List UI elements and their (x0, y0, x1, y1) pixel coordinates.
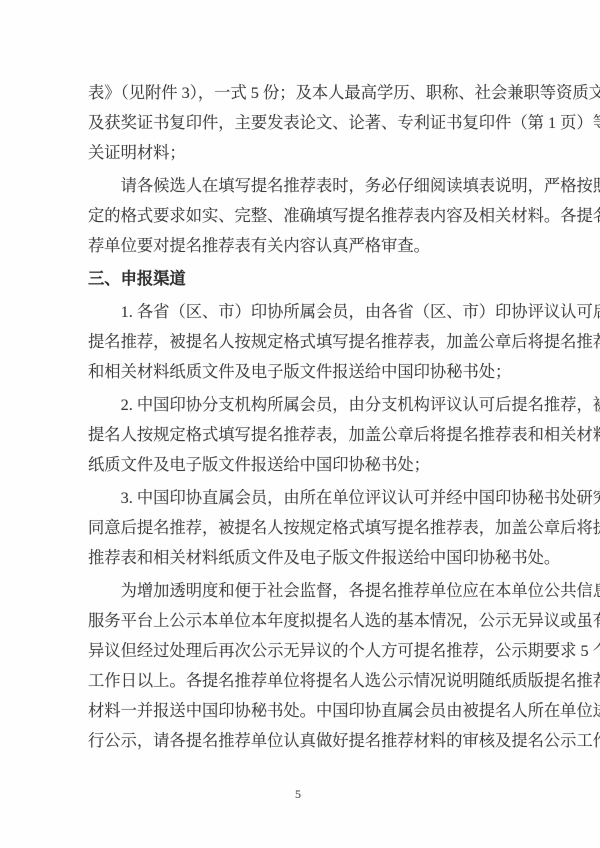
text-line: 1. 各省（区、市）印协所属会员，由各省（区、市）印协评议认可后 (88, 297, 516, 327)
text-line: 定的格式要求如实、完整、准确填写提名推荐表内容及相关材料。各提名推 (88, 201, 516, 231)
text-line: 材料一并报送中国印协秘书处。中国印协直属会员由被提名人所在单位进 (88, 696, 516, 726)
text-line: 推荐表和相关材料纸质文件及电子版文件报送给中国印协秘书处。 (88, 543, 516, 573)
paragraph: 请各候选人在填写提名推荐表时，务必仔细阅读填表说明，严格按照规定的格式要求如实、… (88, 171, 516, 261)
paragraph: 2. 中国印协分支机构所属会员，由分支机构评议认可后提名推荐，被提名人按规定格式… (88, 390, 516, 480)
paragraph: 表》（见附件 3），一式 5 份；及本人最高学历、职称、社会兼职等资质文件及获奖… (88, 78, 516, 168)
text-line: 为增加透明度和便于社会监督，各提名推荐单位应在本单位公共信息 (88, 576, 516, 606)
text-line: 关证明材料； (88, 138, 516, 168)
text-line: 和相关材料纸质文件及电子版文件报送给中国印协秘书处； (88, 357, 516, 387)
paragraph: 1. 各省（区、市）印协所属会员，由各省（区、市）印协评议认可后提名推荐，被提名… (88, 297, 516, 387)
text-line: 异议但经过处理后再次公示无异议的个人方可提名推荐，公示期要求 5 个 (88, 636, 516, 666)
paragraph: 为增加透明度和便于社会监督，各提名推荐单位应在本单位公共信息服务平台上公示本单位… (88, 576, 516, 756)
text-line: 及获奖证书复印件，主要发表论文、论著、专利证书复印件（第 1 页）等相 (88, 108, 516, 138)
section-heading: 三、申报渠道 (88, 264, 516, 294)
document-body: 表》（见附件 3），一式 5 份；及本人最高学历、职称、社会兼职等资质文件及获奖… (88, 78, 516, 759)
text-line: 工作日以上。各提名推荐单位将提名人选公示情况说明随纸质版提名推荐 (88, 666, 516, 696)
text-line: 2. 中国印协分支机构所属会员，由分支机构评议认可后提名推荐，被 (88, 390, 516, 420)
text-line: 服务平台上公示本单位本年度拟提名人选的基本情况，公示无异议或虽有 (88, 606, 516, 636)
text-line: 纸质文件及电子版文件报送给中国印协秘书处； (88, 450, 516, 480)
text-line: 荐单位要对提名推荐表有关内容认真严格审查。 (88, 231, 516, 261)
text-line: 提名推荐，被提名人按规定格式填写提名推荐表，加盖公章后将提名推荐表 (88, 327, 516, 357)
text-line: 提名人按规定格式填写提名推荐表，加盖公章后将提名推荐表和相关材料 (88, 420, 516, 450)
text-line: 同意后提名推荐，被提名人按规定格式填写提名推荐表，加盖公章后将提名 (88, 513, 516, 543)
text-line: 表》（见附件 3），一式 5 份；及本人最高学历、职称、社会兼职等资质文件 (88, 78, 516, 108)
paragraph: 3. 中国印协直属会员，由所在单位评议认可并经中国印协秘书处研究同意后提名推荐，… (88, 483, 516, 573)
text-line: 请各候选人在填写提名推荐表时，务必仔细阅读填表说明，严格按照规 (88, 171, 516, 201)
text-line: 行公示，请各提名推荐单位认真做好提名推荐材料的审核及提名公示工作。 (88, 726, 516, 756)
page-number: 5 (0, 787, 596, 802)
heading-line: 三、申报渠道 (88, 264, 516, 294)
document-page: 表》（见附件 3），一式 5 份；及本人最高学历、职称、社会兼职等资质文件及获奖… (0, 0, 600, 848)
text-line: 3. 中国印协直属会员，由所在单位评议认可并经中国印协秘书处研究 (88, 483, 516, 513)
